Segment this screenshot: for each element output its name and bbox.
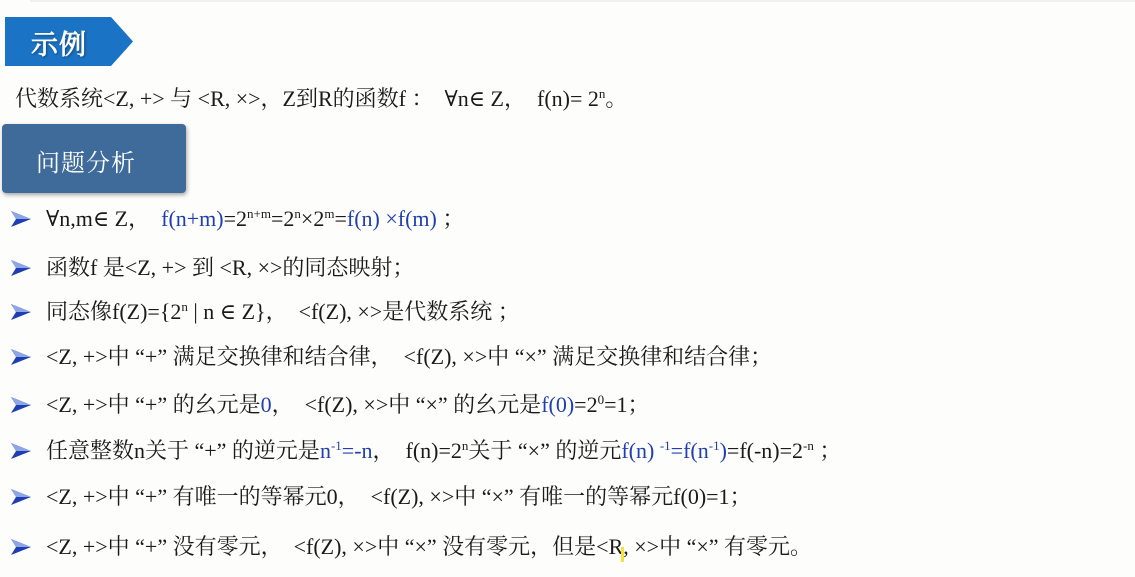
analysis-bullet: <Z, +>中 “+” 有唯一的等幂元0， <f(Z), ×>中 “×” 有唯一… (10, 483, 752, 513)
arrowhead-bullet-icon (10, 259, 32, 277)
bullet-text: f(n+m) (161, 206, 224, 231)
exponent: -n (803, 438, 814, 453)
analysis-bullet: 任意整数n关于 “+” 的逆元是n-1=-n， f(n)=2n关于 “×” 的逆… (10, 437, 841, 467)
analysis-bullet: <Z, +>中 “+” 没有零元， <f(Z), ×>中 “×” 没有零元，但是… (10, 533, 812, 563)
arrowhead-bullet-icon (10, 442, 32, 460)
exponent: m (324, 206, 334, 221)
intro-statement: 代数系统<Z, +> 与 <R, ×>，Z到R的函数f ： ∀n∈ Z， f(n… (15, 82, 627, 113)
top-divider (30, 0, 1135, 2)
intro-text: 代数系统<Z, +> 与 <R, ×>，Z到R的函数f ： ∀n∈ Z， f(n… (15, 86, 599, 111)
arrowhead-bullet-icon (10, 396, 32, 414)
analysis-bullet: <Z, +>中 “+” 满足交换律和结合律， <f(Z), ×>中 “×” 满足… (10, 343, 772, 373)
bullet-text: f(n) ×f(m) (347, 206, 437, 231)
bullet-text: , ×>中 “×” 有零元。 (623, 534, 812, 559)
bullet-text: 函数f 是<Z, +> 到 <R, ×>的同态映射； (46, 255, 414, 280)
bullet-text: =1； (604, 392, 649, 417)
bullet-text: <Z, +>中 “+” 有唯一的等幂元0， <f(Z), ×>中 “×” 有唯一… (46, 484, 752, 509)
bullet-text: ， f(n)=2 (373, 438, 462, 463)
exponent: n+m (247, 206, 271, 221)
bullet-text: =f(n (671, 438, 709, 463)
bullet-text: <Z, +>中 “+” 没有零元， <f(Z), ×>中 “×” 没有零元，但是… (46, 534, 623, 559)
analysis-bullet: 函数f 是<Z, +> 到 <R, ×>的同态映射； (10, 254, 414, 284)
analysis-bullet: ∀n,m∈ Z， f(n+m)=2n+m=2n×2m=f(n) ×f(m) ； (10, 205, 464, 235)
bullet-text: f(0) (541, 392, 574, 417)
bullet-text: 0 (261, 392, 272, 417)
bullet-text: = (334, 206, 346, 231)
bullet-text: 关于 “×” 的逆元 (468, 438, 621, 463)
analysis-heading: 问题分析 (36, 143, 136, 178)
analysis-bullet: <Z, +>中 “+” 的幺元是0， <f(Z), ×>中 “×” 的幺元是f(… (10, 391, 650, 421)
arrowhead-bullet-icon (10, 210, 32, 228)
analysis-bullet: 同态像f(Z)={2n | n ∈ Z}， <f(Z), ×>是代数系统 ； (10, 298, 520, 328)
bullet-text: =2 (271, 206, 294, 231)
bullet-text: =f(-n)=2 (727, 438, 803, 463)
intro-suffix: 。 (605, 86, 627, 111)
arrowhead-bullet-icon (10, 303, 32, 321)
example-tag-label: 示例 (31, 23, 87, 62)
bullet-text: <Z, +>中 “+” 满足交换律和结合律， <f(Z), ×>中 “×” 满足… (46, 344, 772, 369)
bullet-text: =-n (342, 438, 373, 463)
arrowhead-bullet-icon (10, 538, 32, 556)
bullet-text: =2 (224, 206, 247, 231)
bullet-text: ∀n,m∈ Z， (46, 206, 161, 231)
bullet-text: n (320, 438, 331, 463)
bullet-text: ； (814, 438, 842, 463)
bullet-text: 同态像f(Z)={2 (46, 299, 181, 324)
bullet-text: 任意整数n关于 “+” 的逆元是 (46, 438, 320, 463)
bullet-text: ) (720, 438, 727, 463)
exponent: -1 (709, 438, 720, 453)
bullet-text: ， <f(Z), ×>中 “×” 的幺元是 (272, 392, 542, 417)
bullet-text: <Z, +>中 “+” 的幺元是 (46, 392, 261, 417)
bullet-text: ； (437, 206, 465, 231)
exponent: -1 (331, 438, 342, 453)
arrowhead-bullet-icon (10, 488, 32, 506)
bullet-text: f(n) (621, 438, 659, 463)
bullet-text: =2 (574, 392, 597, 417)
bullet-text: | n ∈ Z}， <f(Z), ×>是代数系统 ； (188, 299, 520, 324)
arrowhead-bullet-icon (10, 348, 32, 366)
analysis-heading-box: 问题分析 (2, 124, 186, 193)
example-tag: 示例 (5, 17, 133, 66)
exponent: -1 (660, 438, 671, 453)
bullet-text: ×2 (301, 206, 324, 231)
